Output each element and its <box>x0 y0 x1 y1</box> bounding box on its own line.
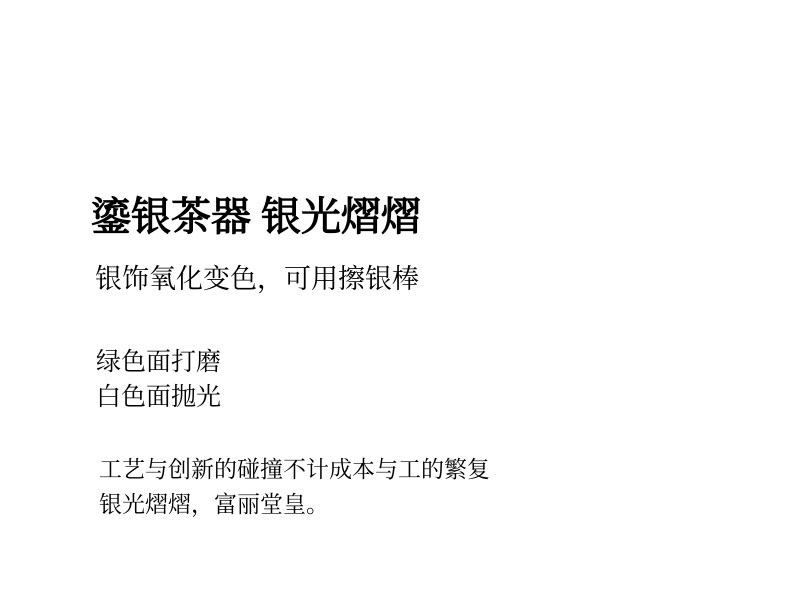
feature-list: 绿色面打磨 白色面抛光 <box>96 345 221 415</box>
slide-canvas: 鎏银茶器 银光熠熠 银饰氧化变色，可用擦银棒 绿色面打磨 白色面抛光 工艺与创新… <box>0 0 790 598</box>
description-line-2: 银光熠熠，富丽堂皇。 <box>99 487 490 522</box>
description-block: 工艺与创新的碰撞不计成本与工的繁复 银光熠熠，富丽堂皇。 <box>99 452 490 522</box>
feature-line-white-side: 白色面抛光 <box>96 380 221 415</box>
description-line-1: 工艺与创新的碰撞不计成本与工的繁复 <box>99 452 490 487</box>
slide-subtitle: 银饰氧化变色，可用擦银棒 <box>95 263 419 295</box>
feature-line-green-side: 绿色面打磨 <box>96 345 221 380</box>
slide-title: 鎏银茶器 银光熠熠 <box>91 194 421 240</box>
